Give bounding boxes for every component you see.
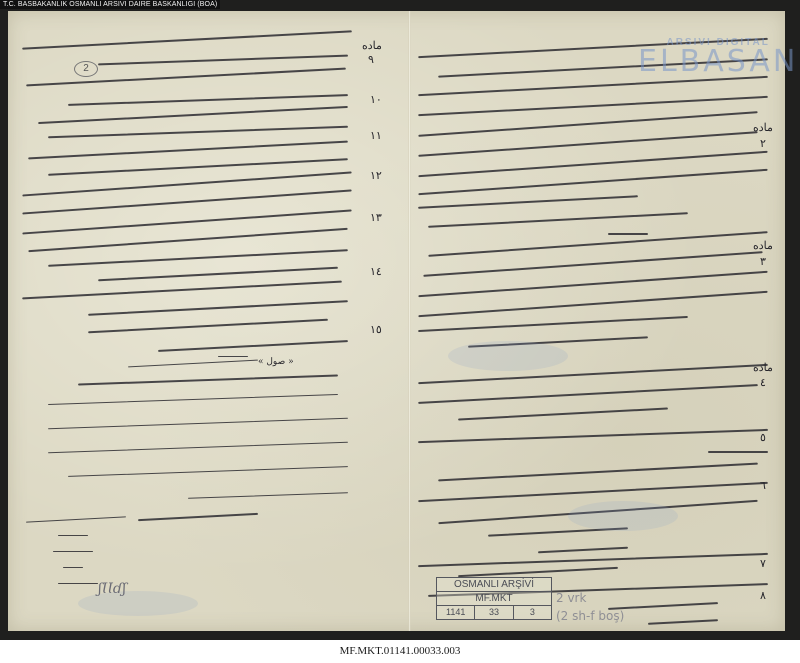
article-number: ٧ [760,557,766,570]
article-number: ٩ [368,53,374,66]
article-number: ٥ [760,431,766,444]
article-label: ماده [753,361,773,374]
article-number: ٢ [760,137,766,150]
ink-smudge [448,341,568,371]
archive-header: T.C. BASBAKANLIK OSMANLI ARSIVI DAIRE BA… [0,0,220,9]
circled-page-number: 2 [74,61,98,77]
article-number: ١١ [370,129,382,142]
pencil-note-blank-pages: (2 sh-f boş) [556,609,624,623]
archive-stamp: OSMANLI ARŞİVİ MF.MKT 1141 33 3 [436,577,552,620]
document-reference-code: MF.MKT.01141.00033.003 [0,645,800,657]
ink-smudge [78,591,198,616]
document-scan: T.C. BASBAKANLIK OSMANLI ARSIVI DAIRE BA… [0,0,800,640]
article-label: ماده [753,239,773,252]
stamp-cells: 1141 33 3 [437,606,551,619]
article-number: ١٤ [370,265,382,278]
stamp-box-number: 1141 [437,606,475,619]
page-fold [408,11,411,631]
article-number: ١٣ [370,211,382,224]
stamp-title: OSMANLI ARŞİVİ [437,578,551,592]
article-number: ١٥ [370,323,382,336]
pencil-signature-icon: ʃƖƖɗʃ [98,581,126,597]
article-number: ٦ [760,479,766,492]
stamp-file-number: 33 [475,606,513,619]
article-number: ١٠ [370,93,382,106]
article-number: ١٢ [370,169,382,182]
stamp-collection: MF.MKT [437,592,551,606]
article-label: ماده [753,121,773,134]
document-page: 2 [8,11,785,631]
ink-smudge [568,501,678,531]
article-label: ماده [362,39,382,52]
left-heading: « صول » [258,357,294,367]
article-number: ٣ [760,255,766,268]
article-number: ٤ [760,376,766,389]
stamp-page-number: 3 [514,606,551,619]
article-number: ٨ [760,589,766,602]
pencil-note-leaf-count: 2 vrk [556,591,586,605]
